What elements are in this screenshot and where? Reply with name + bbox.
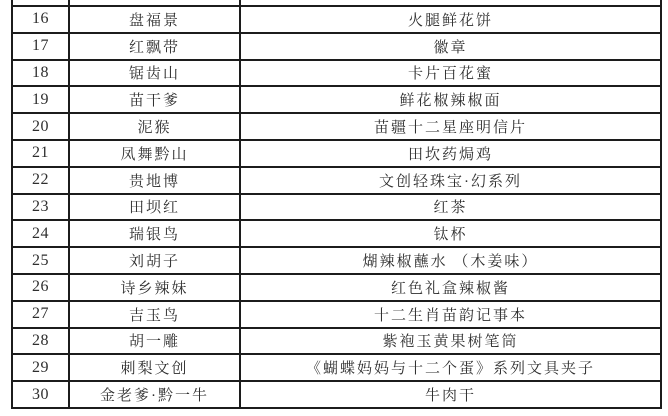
row-number-cell: 28 bbox=[12, 328, 69, 355]
table-row: 17 红飘带 徽章 bbox=[12, 33, 661, 60]
row-number-cell: 20 bbox=[12, 113, 69, 140]
product-name-cell: 文创轻珠宝·幻系列 bbox=[240, 167, 661, 194]
row-number-cell: 25 bbox=[12, 247, 69, 274]
table-row: 29 刺梨文创 《蝴蝶妈妈与十二个蛋》系列文具夹子 bbox=[12, 354, 661, 381]
row-number-cell: 18 bbox=[12, 60, 69, 87]
table-row: 27 吉玉鸟 十二生肖苗韵记事本 bbox=[12, 301, 661, 328]
brand-name-cell: 贵地博 bbox=[69, 167, 240, 194]
brand-name-cell: 田坝红 bbox=[69, 194, 240, 221]
brand-name-cell: 锯齿山 bbox=[69, 60, 240, 87]
brand-name-cell: 金老爹·黔一牛 bbox=[69, 381, 240, 408]
brand-name-cell: 泥猴 bbox=[69, 113, 240, 140]
row-number-cell: 24 bbox=[12, 220, 69, 247]
row-number-cell: 29 bbox=[12, 354, 69, 381]
product-name-cell: 火腿鲜花饼 bbox=[240, 6, 661, 33]
brand-name-cell: 瑞银鸟 bbox=[69, 220, 240, 247]
brand-name-cell: 凤舞黔山 bbox=[69, 140, 240, 167]
table-row: 24 瑞银鸟 钛杯 bbox=[12, 220, 661, 247]
row-number-cell: 27 bbox=[12, 301, 69, 328]
product-name-cell: 鲜花椒辣椒面 bbox=[240, 86, 661, 113]
product-name-cell: 红色礼盒辣椒酱 bbox=[240, 274, 661, 301]
table-row: 18 锯齿山 卡片百花蜜 bbox=[12, 60, 661, 87]
table-row: 28 胡一雕 紫袍玉黄果树笔筒 bbox=[12, 328, 661, 355]
table-row: 22 贵地博 文创轻珠宝·幻系列 bbox=[12, 167, 661, 194]
table-row: 21 凤舞黔山 田坎药焗鸡 bbox=[12, 140, 661, 167]
table-row: 30 金老爹·黔一牛 牛肉干 bbox=[12, 381, 661, 408]
row-number-cell: 21 bbox=[12, 140, 69, 167]
document-page: 16 盘福景 火腿鲜花饼 17 红飘带 徽章 18 锯齿山 卡片百花蜜 19 苗… bbox=[0, 0, 668, 416]
product-name-cell: 红茶 bbox=[240, 194, 661, 221]
product-name-cell: 徽章 bbox=[240, 33, 661, 60]
brand-name-cell: 红飘带 bbox=[69, 33, 240, 60]
brand-name-cell: 吉玉鸟 bbox=[69, 301, 240, 328]
table-row: 16 盘福景 火腿鲜花饼 bbox=[12, 6, 661, 33]
brand-name-cell: 胡一雕 bbox=[69, 328, 240, 355]
brand-name-cell: 苗干爹 bbox=[69, 86, 240, 113]
products-table: 16 盘福景 火腿鲜花饼 17 红飘带 徽章 18 锯齿山 卡片百花蜜 19 苗… bbox=[11, 0, 662, 409]
brand-name-cell: 刘胡子 bbox=[69, 247, 240, 274]
table-row: 23 田坝红 红茶 bbox=[12, 194, 661, 221]
product-name-cell: 苗疆十二星座明信片 bbox=[240, 113, 661, 140]
product-name-cell: 紫袍玉黄果树笔筒 bbox=[240, 328, 661, 355]
row-number-cell: 26 bbox=[12, 274, 69, 301]
brand-name-cell: 刺梨文创 bbox=[69, 354, 240, 381]
row-number-cell: 16 bbox=[12, 6, 69, 33]
row-number-cell: 19 bbox=[12, 86, 69, 113]
row-number-cell: 17 bbox=[12, 33, 69, 60]
brand-name-cell: 诗乡辣妹 bbox=[69, 274, 240, 301]
row-number-cell: 22 bbox=[12, 167, 69, 194]
table-row: 26 诗乡辣妹 红色礼盒辣椒酱 bbox=[12, 274, 661, 301]
product-name-cell: 牛肉干 bbox=[240, 381, 661, 408]
row-number-cell: 23 bbox=[12, 194, 69, 221]
product-name-cell: 十二生肖苗韵记事本 bbox=[240, 301, 661, 328]
table-row: 20 泥猴 苗疆十二星座明信片 bbox=[12, 113, 661, 140]
product-name-cell: 煳辣椒蘸水 （木姜味） bbox=[240, 247, 661, 274]
table-row: 25 刘胡子 煳辣椒蘸水 （木姜味） bbox=[12, 247, 661, 274]
product-name-cell: 钛杯 bbox=[240, 220, 661, 247]
product-name-cell: 《蝴蝶妈妈与十二个蛋》系列文具夹子 bbox=[240, 354, 661, 381]
table-row: 19 苗干爹 鲜花椒辣椒面 bbox=[12, 86, 661, 113]
product-name-cell: 卡片百花蜜 bbox=[240, 60, 661, 87]
row-number-cell: 30 bbox=[12, 381, 69, 408]
product-name-cell: 田坎药焗鸡 bbox=[240, 140, 661, 167]
brand-name-cell: 盘福景 bbox=[69, 6, 240, 33]
